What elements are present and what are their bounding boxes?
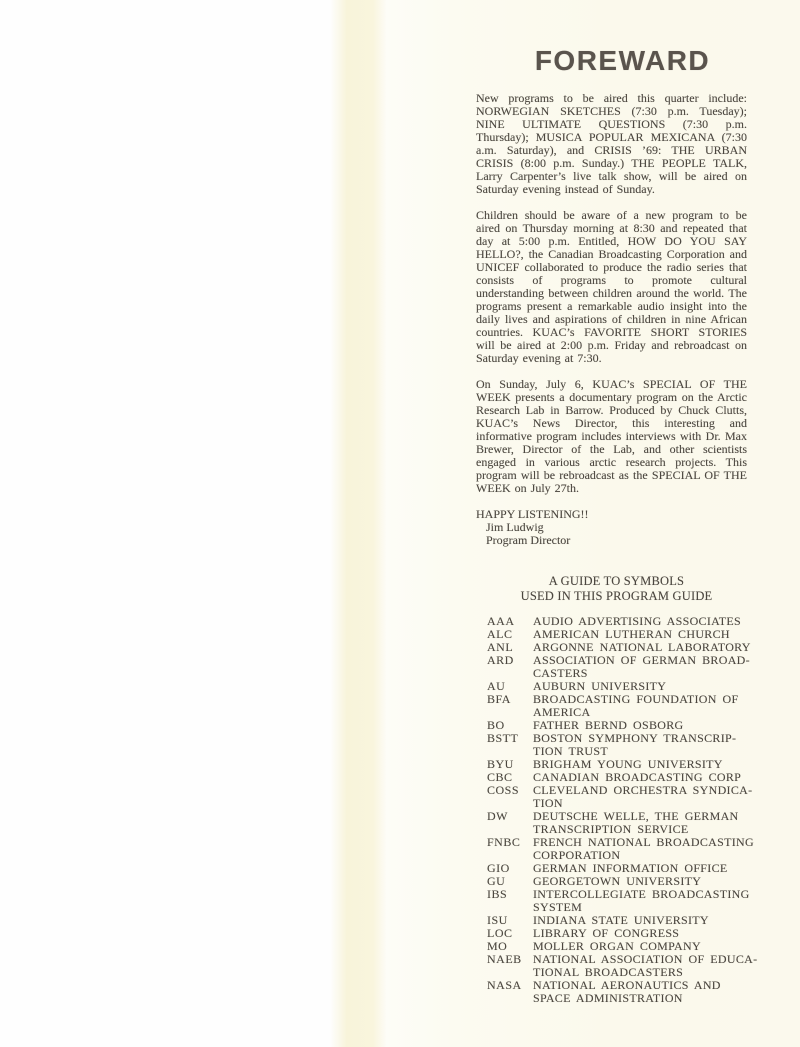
- symbol-entry-row: ARD ASSOCIATION OF GERMAN BROAD- CASTERS: [487, 654, 747, 680]
- symbol-abbr: COSS: [487, 784, 533, 797]
- symbol-entry-row: IBS INTERCOLLEGIATE BROADCASTING SYSTEM: [487, 888, 747, 914]
- symbol-name: BOSTON SYMPHONY TRANSCRIP- TION TRUST: [533, 732, 747, 758]
- symbol-abbr: IBS: [487, 888, 533, 901]
- page-gutter-shading: [330, 0, 390, 1047]
- symbol-name: ASSOCIATION OF GERMAN BROAD- CASTERS: [533, 654, 750, 680]
- symbol-entry-row: COSS CLEVELAND ORCHESTRA SYNDICA- TION: [487, 784, 747, 810]
- guide-heading-line2: USED IN THIS PROGRAM GUIDE: [486, 589, 747, 604]
- symbol-name: BROADCASTING FOUNDATION OF AMERICA: [533, 693, 747, 719]
- symbol-abbr: FNBC: [487, 836, 533, 849]
- symbol-name: CLEVELAND ORCHESTRA SYNDICA- TION: [533, 784, 752, 810]
- closing-block: HAPPY LISTENING!! Jim Ludwig Program Dir…: [476, 508, 747, 547]
- symbols-list: AAA AUDIO ADVERTISING ASSOCIATES ALC AME…: [487, 615, 747, 1005]
- symbol-abbr: BSTT: [487, 732, 533, 745]
- page-title: FOREWARD: [498, 44, 747, 78]
- scanned-program-guide-page: FOREWARD New programs to be aired this q…: [0, 0, 800, 1047]
- symbol-name: NATIONAL ASSOCIATION OF EDUCA- TIONAL BR…: [533, 953, 757, 979]
- symbol-abbr: DW: [487, 810, 533, 823]
- page-content: FOREWARD New programs to be aired this q…: [476, 0, 747, 1005]
- symbol-name: FRENCH NATIONAL BROADCASTING CORPORATION: [533, 836, 754, 862]
- guide-heading-line1: A GUIDE TO SYMBOLS: [486, 574, 747, 589]
- symbol-abbr: NASA: [487, 979, 533, 992]
- symbol-entry-row: FNBC FRENCH NATIONAL BROADCASTING CORPOR…: [487, 836, 747, 862]
- foreword-paragraph-2: Children should be aware of a new progra…: [476, 209, 747, 365]
- signature-role: Program Director: [486, 534, 747, 547]
- symbols-guide-heading: A GUIDE TO SYMBOLS USED IN THIS PROGRAM …: [486, 574, 747, 604]
- symbol-abbr: BFA: [487, 693, 533, 706]
- symbol-abbr: NAEB: [487, 953, 533, 966]
- symbol-entry-row: DW DEUTSCHE WELLE, THE GERMAN TRANSCRIPT…: [487, 810, 747, 836]
- symbol-entry-row: BFA BROADCASTING FOUNDATION OF AMERICA: [487, 693, 747, 719]
- symbol-entry-row: NAEB NATIONAL ASSOCIATION OF EDUCA- TION…: [487, 953, 747, 979]
- symbol-entry-row: NASA NATIONAL AERONAUTICS AND SPACE ADMI…: [487, 979, 747, 1005]
- symbol-name: DEUTSCHE WELLE, THE GERMAN TRANSCRIPTION…: [533, 810, 747, 836]
- foreword-paragraph-1: New programs to be aired this quarter in…: [476, 92, 747, 196]
- foreword-paragraph-3: On Sunday, July 6, KUAC’s SPECIAL OF THE…: [476, 378, 747, 495]
- symbol-name: NATIONAL AERONAUTICS AND SPACE ADMINISTR…: [533, 979, 747, 1005]
- symbol-entry-row: BSTT BOSTON SYMPHONY TRANSCRIP- TION TRU…: [487, 732, 747, 758]
- symbol-name: INTERCOLLEGIATE BROADCASTING SYSTEM: [533, 888, 750, 914]
- symbol-abbr: ARD: [487, 654, 533, 667]
